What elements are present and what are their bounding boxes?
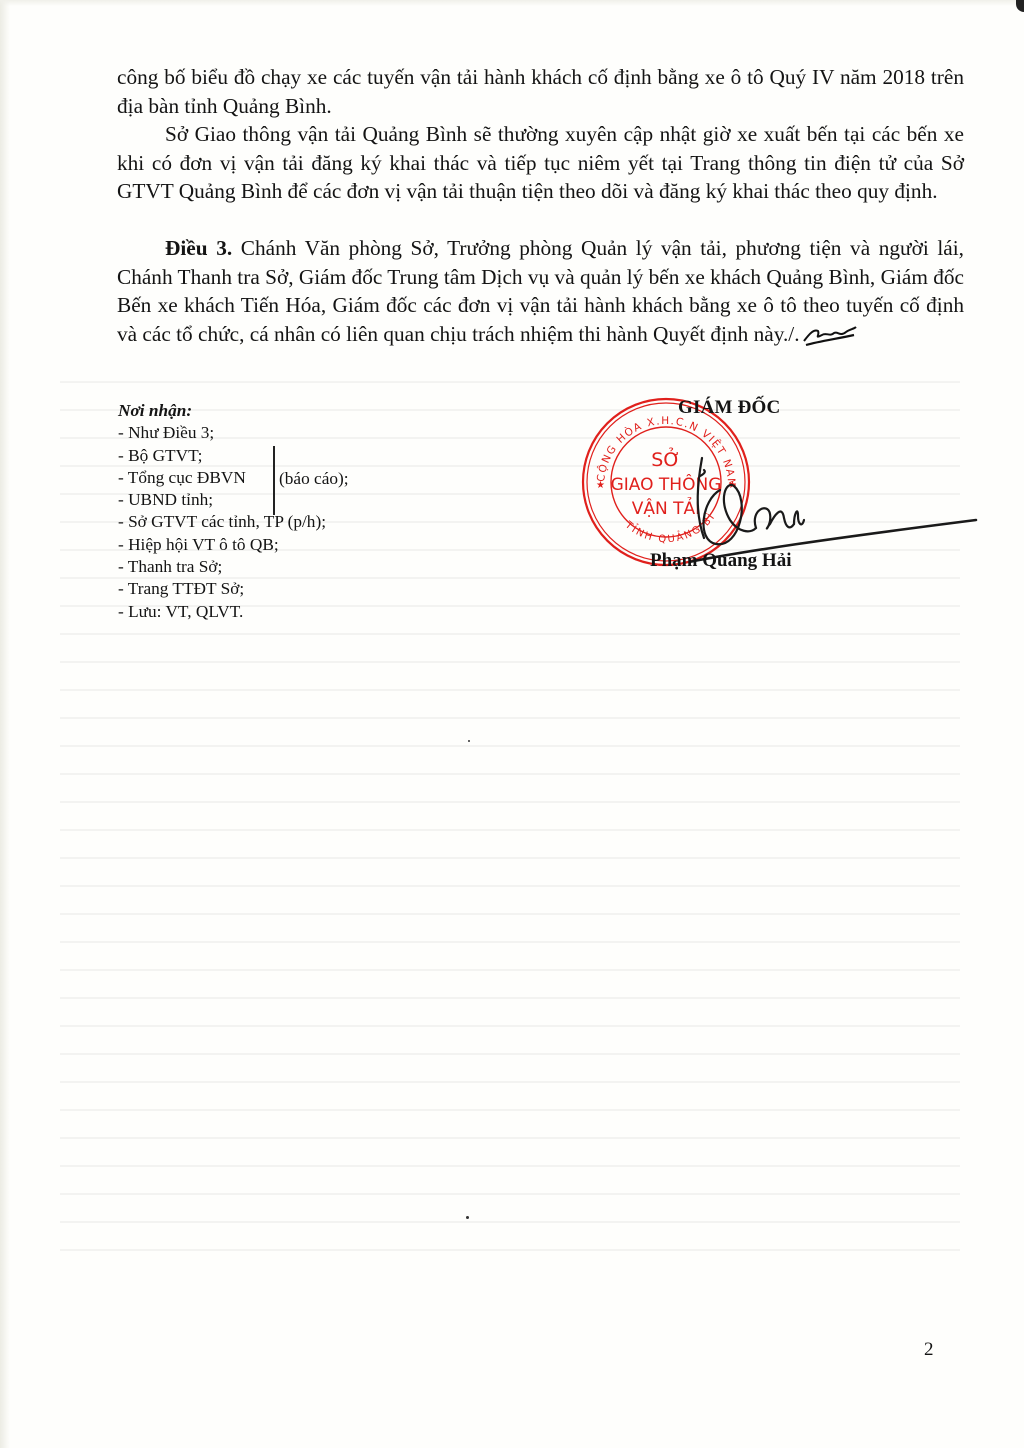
recipient-item: - Lưu: VT, QLVT. <box>118 601 326 623</box>
scan-top-shadow <box>0 0 1024 6</box>
svg-text:SỞ: SỞ <box>651 446 680 471</box>
svg-text:★: ★ <box>596 480 605 491</box>
article-3-label: Điều 3. <box>165 236 232 260</box>
recipient-item: - Như Điều 3; <box>118 422 326 444</box>
page-number: 2 <box>924 1339 934 1361</box>
scan-speck <box>468 740 470 742</box>
paragraph-update-notice: Sở Giao thông vận tải Quảng Bình sẽ thườ… <box>117 120 964 206</box>
signatory-title: GIÁM ĐỐC <box>678 397 780 419</box>
scan-corner-mark <box>1016 0 1024 12</box>
recipients-group-note: (báo cáo); <box>279 468 349 490</box>
signatory-name: Phạm Quang Hải <box>650 550 791 572</box>
scan-edge-shadow <box>0 0 10 1448</box>
initials-mark-icon <box>800 323 858 347</box>
recipient-item: - Trang TTĐT Sở; <box>118 578 326 600</box>
recipient-item: - Bộ GTVT; <box>118 445 326 467</box>
recipient-item: - Thanh tra Sở; <box>118 556 326 578</box>
recipient-item: - Sở GTVT các tỉnh, TP (p/h); <box>118 511 326 533</box>
document-page: công bố biểu đồ chạy xe các tuyến vận tả… <box>0 0 1024 1448</box>
scan-speck <box>466 1216 469 1219</box>
recipient-item: - UBND tỉnh; <box>118 489 326 511</box>
recipients-block: Nơi nhận: - Như Điều 3; - Bộ GTVT; - Tổn… <box>118 400 326 623</box>
recipient-item: - Hiệp hội VT ô tô QB; <box>118 534 326 556</box>
recipients-group-bar <box>273 446 275 515</box>
recipients-heading: Nơi nhận: <box>118 400 326 422</box>
paragraph-continuation: công bố biểu đồ chạy xe các tuyến vận tả… <box>117 63 964 120</box>
article-3: Điều 3. Chánh Văn phòng Sở, Trưởng phòng… <box>117 234 964 348</box>
